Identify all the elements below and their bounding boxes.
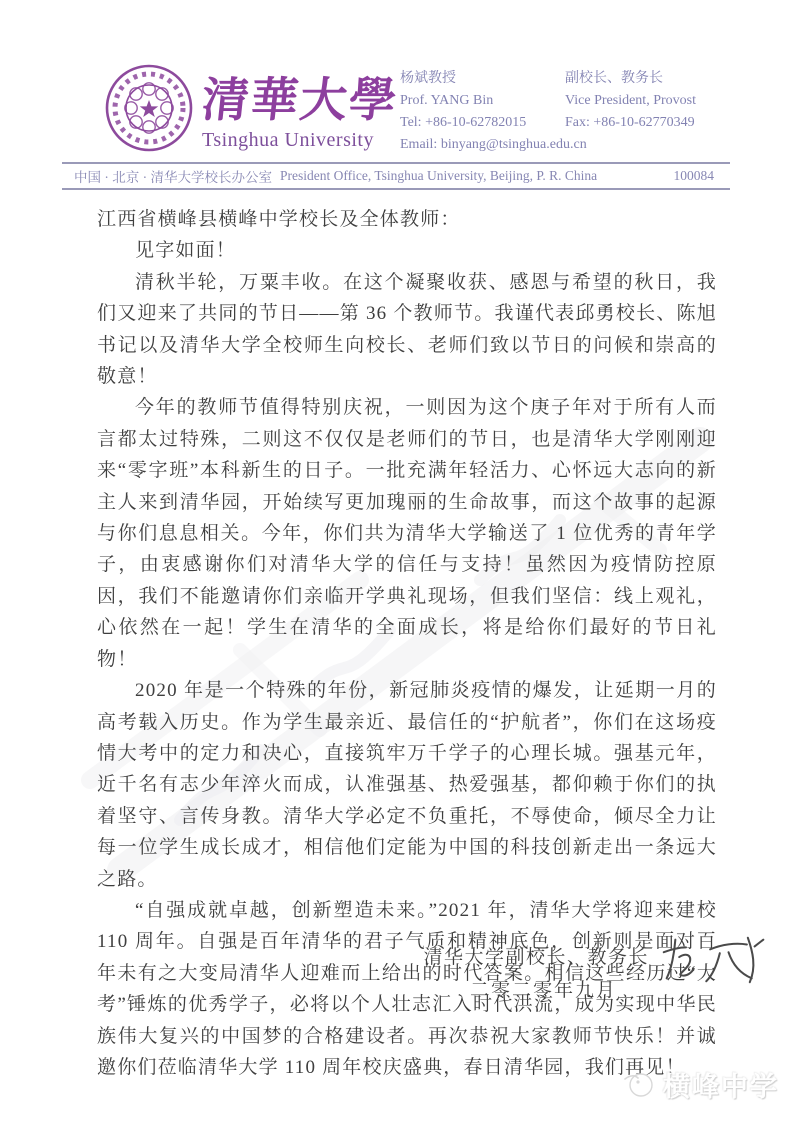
school-watermark-logo: 横峰中学 bbox=[621, 1065, 779, 1104]
school-logo-icon bbox=[621, 1069, 657, 1101]
contact-block: 杨斌教授 副校长、教务长 Prof. YANG Bin Vice Preside… bbox=[400, 68, 696, 156]
office-address-en: President Office, Tsinghua University, B… bbox=[280, 168, 597, 184]
contact-tel: Tel: +86-10-62782015 bbox=[400, 112, 565, 134]
tsinghua-seal-icon bbox=[104, 62, 194, 154]
university-name-cn: 清華大學 bbox=[199, 76, 400, 126]
office-address-cn: 中国 · 北京 · 清华大学校长办公室 bbox=[74, 166, 272, 186]
contact-title-cn: 副校长、教务长 bbox=[565, 68, 696, 90]
contact-fax: Fax: +86-10-62770349 bbox=[565, 112, 696, 134]
letter-page: 清華大學 Tsinghua University 杨斌教授 副校长、教务长 Pr… bbox=[0, 0, 793, 1122]
letterhead: 清華大學 Tsinghua University 杨斌教授 副校长、教务长 Pr… bbox=[0, 62, 793, 154]
handwritten-signature bbox=[655, 930, 773, 988]
tsinghua-logo: 清華大學 Tsinghua University bbox=[104, 62, 398, 154]
university-wordmark: 清華大學 Tsinghua University bbox=[202, 62, 398, 152]
contact-title-en: Vice President, Provost bbox=[565, 90, 696, 112]
letter-salutation: 江西省横峰县横峰中学校长及全体教师： bbox=[97, 204, 717, 235]
letter-paragraph: 2020 年是一个特殊的年份，新冠肺炎疫情的爆发，让延期一月的高考载入历史。作为… bbox=[97, 675, 717, 895]
letter-date: 二零二零年九月 bbox=[97, 975, 617, 1002]
star-icon bbox=[140, 100, 158, 117]
university-name-en: Tsinghua University bbox=[202, 128, 398, 152]
school-logo-text: 横峰中学 bbox=[663, 1065, 779, 1104]
signoff-row: 清华大学副校长、教务长 杨斌 bbox=[97, 930, 773, 980]
letter-paragraph: 见字如面！ bbox=[97, 235, 717, 266]
office-address-band: 中国 · 北京 · 清华大学校长办公室 President Office, Ts… bbox=[62, 162, 730, 190]
letter-paragraph: 今年的教师节值得特别庆祝，一则因为这个庚子年对于所有人而言都太过特殊，二则这不仅… bbox=[97, 392, 717, 675]
letter-paragraph: 清秋半轮，万粟丰收。在这个凝聚收获、感恩与希望的秋日，我们又迎来了共同的节日——… bbox=[97, 267, 717, 393]
contact-email: Email: binyang@tsinghua.edu.cn bbox=[400, 134, 696, 156]
contact-name-en: Prof. YANG Bin bbox=[400, 90, 565, 112]
contact-name-cn: 杨斌教授 bbox=[400, 68, 565, 90]
signoff-title: 清华大学副校长、教务长 bbox=[423, 942, 649, 969]
office-postcode: 100084 bbox=[674, 168, 715, 184]
